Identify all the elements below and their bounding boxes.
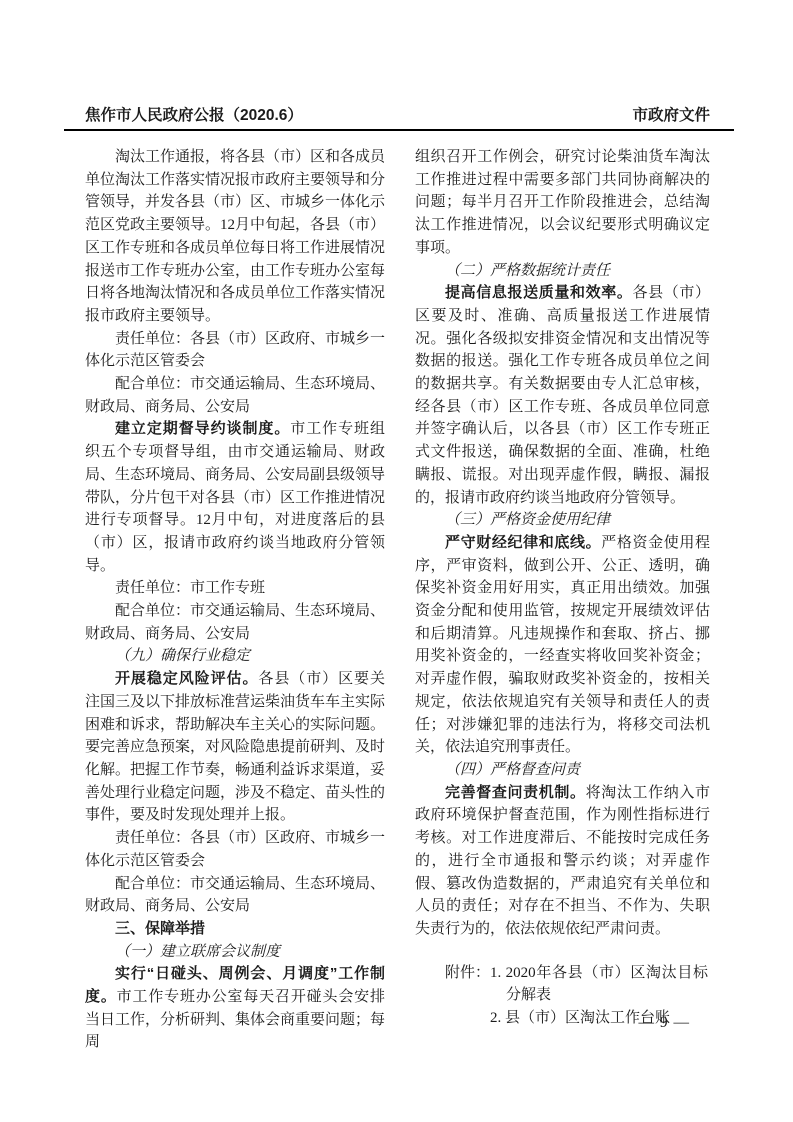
gazette-title: 焦作市人民政府公报（2020.6）	[85, 103, 303, 125]
paragraph: 责任单位：各县（市）区政府、市城乡一体化示范区管委会	[85, 328, 385, 373]
section-heading: （二）严格数据统计责任	[415, 260, 710, 283]
paragraph: 淘汰工作通报，将各县（市）区和各成员单位淘汰工作落实情况报市政府主要领导和分管领…	[85, 146, 385, 328]
page-number: — 9 —	[639, 1014, 691, 1032]
paragraph: 提高信息报送质量和效率。各县（市）区要及时、准确、高质量报送工作进展情况。强化各…	[415, 282, 710, 509]
document-category: 市政府文件	[632, 103, 710, 125]
paragraph: 配合单位：市交通运输局、生态环境局、财政局、商务局、公安局	[85, 873, 385, 918]
paragraph: 配合单位：市交通运输局、生态环境局、财政局、商务局、公安局	[85, 373, 385, 418]
paragraph: 责任单位：各县（市）区政府、市城乡一体化示范区管委会	[85, 827, 385, 872]
paragraph-bold-lead: 实行“日碰头、周例会、月调度”工作制度。	[85, 965, 385, 1005]
paragraph: 实行“日碰头、周例会、月调度”工作制度。市工作专班办公室每天召开碰头会安排当日工…	[85, 963, 385, 1054]
section-heading: （四）严格督查问责	[415, 759, 710, 782]
attachment-label: 附件：	[445, 962, 490, 1030]
paragraph: 组织召开工作例会，研究讨论柴油货车淘汰工作推进过程中需要多部门共同协商解决的问题…	[415, 146, 710, 260]
header-rule	[64, 129, 734, 131]
section-heading: （三）严格资金使用纪律	[415, 509, 710, 532]
paragraph-bold-lead: 完善督查问责机制。	[445, 784, 586, 801]
paragraph-bold-lead: 建立定期督导约谈制度。	[115, 420, 290, 437]
document-page: 焦作市人民政府公报（2020.6） 市政府文件 淘汰工作通报，将各县（市）区和各…	[0, 0, 793, 1122]
column-right: 组织召开工作例会，研究讨论柴油货车淘汰工作推进过程中需要多部门共同协商解决的问题…	[415, 146, 710, 1054]
paragraph: 建立定期督导约谈制度。市工作专班组织五个专项督导组，由市交通运输局、财政局、生态…	[85, 418, 385, 577]
paragraph-bold-lead: 严守财经纪律和底线。	[445, 534, 601, 551]
document-body: 淘汰工作通报，将各县（市）区和各成员单位淘汰工作落实情况报市政府主要领导和分管领…	[85, 146, 710, 1054]
section-heading: （九）确保行业稳定	[85, 645, 385, 668]
paragraph: 完善督查问责机制。将淘汰工作纳入市政府环境保护督查范围，作为刚性指标进行考核。对…	[415, 782, 710, 941]
chapter-heading: 三、保障举措	[85, 918, 385, 941]
column-left: 淘汰工作通报，将各县（市）区和各成员单位淘汰工作落实情况报市政府主要领导和分管领…	[85, 146, 385, 1054]
paragraph-bold-lead: 提高信息报送质量和效率。	[445, 284, 632, 301]
section-heading: （一）建立联席会议制度	[85, 941, 385, 964]
paragraph: 责任单位：市工作专班	[85, 577, 385, 600]
page-header: 焦作市人民政府公报（2020.6） 市政府文件	[85, 103, 710, 125]
attachment-item: 1. 2020年各县（市）区淘汰目标分解表	[490, 962, 708, 1007]
paragraph: 配合单位：市交通运输局、生态环境局、财政局、商务局、公安局	[85, 600, 385, 645]
paragraph-bold-lead: 开展稳定风险评估。	[115, 670, 258, 687]
column-right-paragraphs: 组织召开工作例会，研究讨论柴油货车淘汰工作推进过程中需要多部门共同协商解决的问题…	[415, 146, 710, 941]
paragraph: 严守财经纪律和底线。严格资金使用程序，严审资料，做到公开、公正、透明，确保奖补资…	[415, 532, 710, 759]
paragraph: 开展稳定风险评估。各县（市）区要关注国三及以下排放标准营运柴油货车车主实际困难和…	[85, 668, 385, 827]
